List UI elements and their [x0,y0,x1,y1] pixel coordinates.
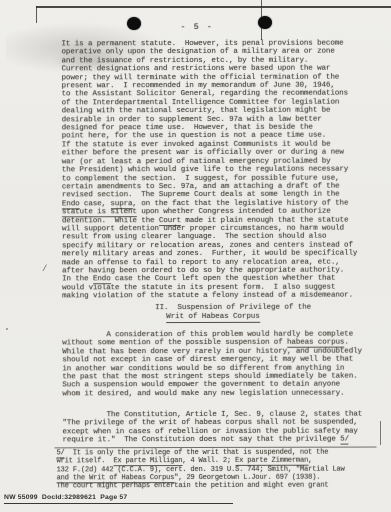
text-line: The court might perhaps entertain the pe… [57,482,345,491]
paragraph-constitution: The Constitution, Article I, Sec. 9, cla… [62,411,362,445]
text-segment: the President) which would give life to … [62,166,348,175]
text-segment: making violation of the statute a felony… [62,292,353,301]
text-segment: made an offense to fail to report to any… [62,258,340,267]
text-segment: point here, for the use in question is n… [62,132,326,141]
text-segment: dealing with the national security, that… [62,107,331,116]
text-segment: Such a suspension would empower the gove… [62,381,340,390]
document-text-layer: - 5 - It is a permanent statute. However… [0,0,391,512]
text-segment: writ itself. [57,458,114,466]
text-line: making violation of the statute a felony… [62,292,357,301]
text-segment: to the Assistant Solicitor General, rega… [62,90,348,99]
text-segment: case the Court left open the question wh… [111,275,336,284]
text-segment: , 4 Wall. 2; [182,457,235,465]
text-segment: , on the fact that the legislative histo… [132,199,348,208]
underlined-text: 5/ [340,436,349,445]
text-segment: result from using clearer language. The … [62,233,326,242]
text-segment: to complement the section. I suggest, fo… [62,174,340,183]
text-segment: either before the present war is officia… [62,149,344,158]
text-segment: revised section. The Supreme Court deals… [62,191,340,200]
text-segment: Current designations and restrictions we… [62,65,331,74]
text-segment: without some mention of the possible sus… [62,339,287,348]
text-line: whom it desired, and would make any new … [62,389,362,398]
text-segment: detention. While the [62,217,159,225]
section-heading-line-1: II. Suspension of Privilege of the [155,304,311,312]
paragraph-statute-discussion: It is a permanent statute. However, its … [61,40,357,301]
text-segment: operative only upon the designation of a… [61,48,334,57]
section-heading-line-2: Writ of Habeas Corpus [166,313,260,323]
archive-stamp: NW 55099 DocId:32989621 Page 57 [4,494,233,504]
text-segment: upon whether Congress intended to author… [137,208,331,217]
text-segment: require it." The Constitution does not s… [62,436,340,445]
text-segment: war (or at least a period of national em… [62,157,331,166]
text-segment: desirable in order to supplement Sec. 97… [62,115,322,124]
text-segment: power; they will terminate with the offi… [62,73,340,82]
page-number: - 5 - [180,22,213,32]
text-segment: ", 29 Georgetown L.Jour. 697 (1938). [174,474,320,482]
scanned-document-page: / - 5 - It is a permanent statute. Howev… [0,0,391,512]
text-segment: made it plain enough that the statute [181,216,348,224]
text-segment: , [308,457,312,465]
text-segment: The court might perhaps entertain the pe… [57,482,329,491]
text-segment: merely military areas and zones. Further… [62,250,357,259]
text-segment: In the [62,276,93,284]
footnote-block: 5/ It is only the privilege of the writ … [57,449,345,491]
text-segment: whom it desired, and would make any new … [62,389,344,398]
text-segment: . [344,339,348,347]
text-segment: case, [79,200,110,208]
paragraph-habeas-corpus: A consideration of this problem would ha… [62,331,362,399]
text-segment: in another war conditions would be so di… [62,364,344,373]
text-line: require it." The Constitution does not s… [62,436,362,445]
text-segment: "The privilege of the writ of habeas cor… [62,419,357,428]
text-segment: should not except in case of direst emer… [62,356,353,365]
